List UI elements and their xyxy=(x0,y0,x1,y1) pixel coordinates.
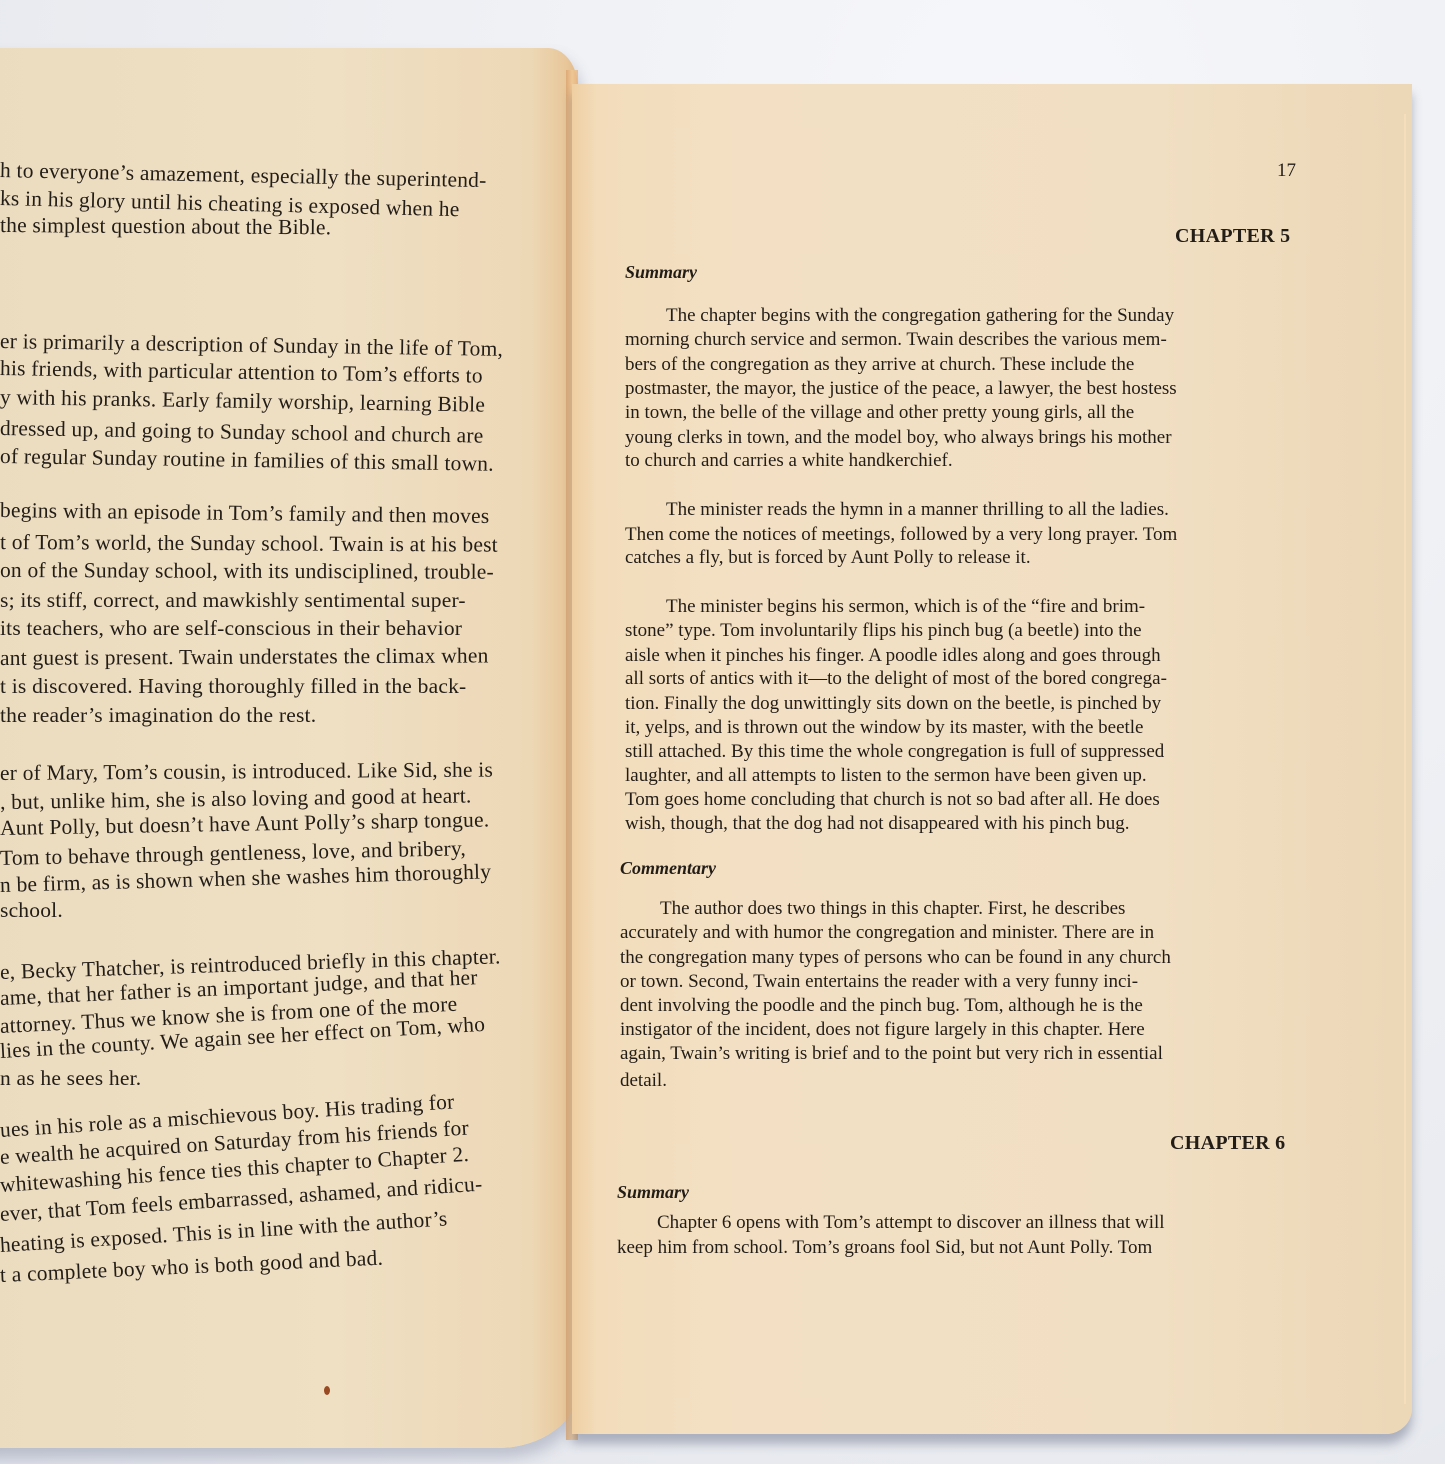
chapter-6-summary-label: Summary xyxy=(617,1182,689,1203)
summary-line: Then come the notices of meetings, follo… xyxy=(625,525,1177,544)
page-number: 17 xyxy=(1277,160,1296,182)
left-page-line: school. xyxy=(0,900,63,922)
left-page-line: its teachers, who are self-conscious in … xyxy=(0,618,462,640)
summary-line: The minister begins his sermon, which is… xyxy=(666,597,1145,616)
summary-line: tion. Finally the dog unwittingly sits d… xyxy=(625,694,1161,713)
commentary-line: or town. Second, Twain entertains the re… xyxy=(620,972,1138,991)
summary-line: to church and carries a white handkerchi… xyxy=(625,451,953,470)
left-page-line: the reader’s imagination do the rest. xyxy=(0,705,316,727)
summary-line: keep him from school. Tom’s groans fool … xyxy=(617,1238,1152,1257)
left-page-line: er of Mary, Tom’s cousin, is introduced.… xyxy=(0,760,493,785)
left-page-line: t of Tom’s world, the Sunday school. Twa… xyxy=(0,532,498,556)
left-page-line: on of the Sunday school, with its undisc… xyxy=(0,560,494,583)
summary-line: catches a fly, but is forced by Aunt Pol… xyxy=(625,548,1031,567)
summary-line: young clerks in town, and the model boy,… xyxy=(625,428,1172,447)
summary-line: The minister reads the hymn in a manner … xyxy=(666,500,1169,519)
commentary-line: again, Twain’s writing is brief and to t… xyxy=(620,1044,1163,1063)
summary-line: The chapter begins with the congregation… xyxy=(666,306,1174,325)
chapter-5-commentary-label: Commentary xyxy=(620,858,716,879)
summary-line: still attached. By this time the whole c… xyxy=(625,742,1164,761)
left-page-line: n as he sees her. xyxy=(0,1068,141,1090)
summary-line: aisle when it pinches his finger. A pood… xyxy=(625,646,1161,665)
left-page-line: s; its stiff, correct, and mawkishly sen… xyxy=(0,590,466,612)
commentary-line: instigator of the incident, does not fig… xyxy=(620,1020,1145,1039)
summary-line: wish, though, that the dog had not disap… xyxy=(625,814,1129,833)
left-page-line: ant guest is present. Twain understates … xyxy=(0,645,489,669)
summary-line: stone” type. Tom involuntarily flips his… xyxy=(625,621,1142,640)
commentary-line: The author does two things in this chapt… xyxy=(660,899,1125,918)
chapter-5-summary-label: Summary xyxy=(625,262,697,283)
summary-line: it, yelps, and is thrown out the window … xyxy=(625,718,1144,737)
chapter-5-heading: CHAPTER 5 xyxy=(1175,225,1290,248)
commentary-line: accurately and with humor the congregati… xyxy=(620,923,1154,942)
summary-line: morning church service and sermon. Twain… xyxy=(625,330,1167,349)
commentary-line: the congregation many types of persons w… xyxy=(620,948,1171,967)
left-page-line: the simplest question about the Bible. xyxy=(0,215,331,239)
chapter-6-heading: CHAPTER 6 xyxy=(1170,1132,1285,1155)
summary-line: all sorts of antics with it—to the delig… xyxy=(625,669,1167,688)
summary-line: laughter, and all attempts to listen to … xyxy=(625,766,1147,785)
summary-line: postmaster, the mayor, the justice of th… xyxy=(625,379,1177,398)
summary-line: in town, the belle of the village and ot… xyxy=(625,403,1134,422)
summary-line: Chapter 6 opens with Tom’s attempt to di… xyxy=(657,1213,1165,1232)
left-page-line: t is discovered. Having thoroughly fille… xyxy=(0,676,466,698)
summary-line: bers of the congregation as they arrive … xyxy=(625,355,1134,374)
commentary-line: dent involving the poodle and the pinch … xyxy=(620,996,1143,1015)
paper-stain xyxy=(324,1386,330,1395)
commentary-line: detail. xyxy=(620,1071,667,1090)
summary-line: Tom goes home concluding that church is … xyxy=(625,790,1160,809)
